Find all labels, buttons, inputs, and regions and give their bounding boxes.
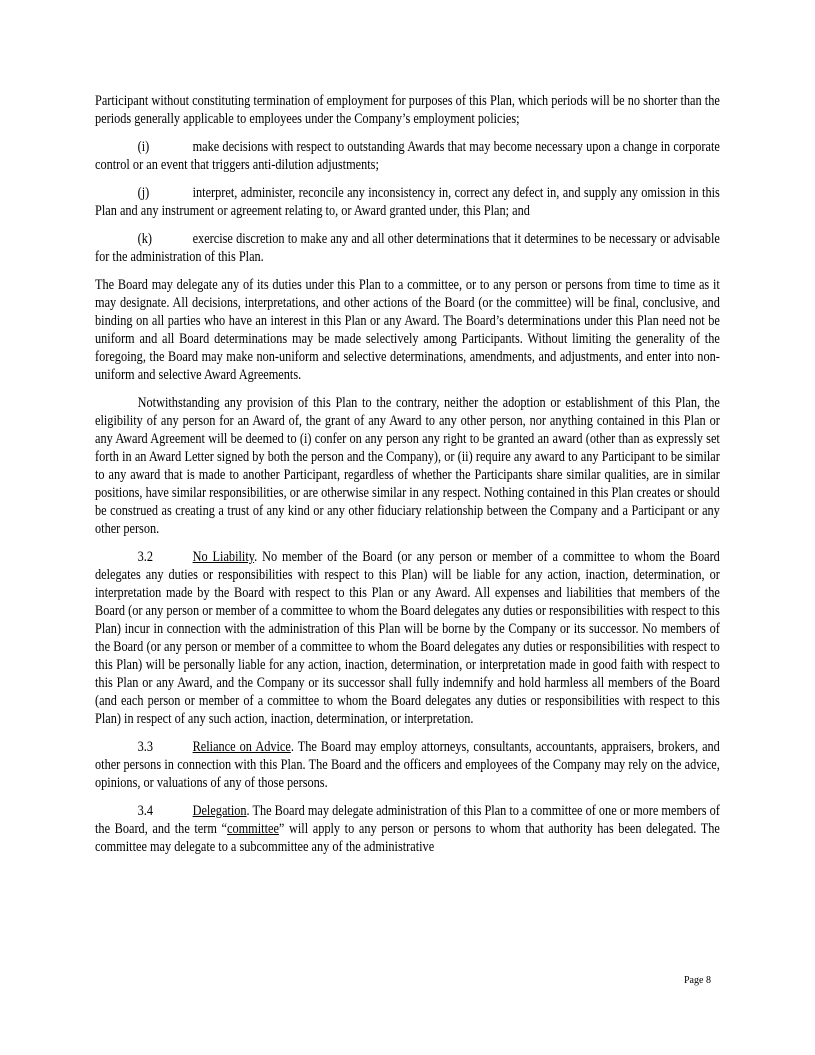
board-delegation-text: The Board may delegate any of its duties… <box>95 277 720 383</box>
section-3-3: 3.3Reliance on Advice. The Board may emp… <box>95 738 720 792</box>
item-j-label: (j) <box>138 184 193 202</box>
section-3-2-heading: No Liability <box>193 549 255 565</box>
item-k-label: (k) <box>138 230 193 248</box>
section-3-4: 3.4Delegation. The Board may delegate ad… <box>95 802 720 856</box>
item-k: (k)exercise discretion to make any and a… <box>95 230 720 266</box>
intro-paragraph: Participant without constituting termina… <box>95 92 720 128</box>
item-i-label: (i) <box>138 138 193 156</box>
item-j: (j)interpret, administer, reconcile any … <box>95 184 720 220</box>
board-delegation-paragraph: The Board may delegate any of its duties… <box>95 276 720 384</box>
page-number: Page 8 <box>684 975 711 986</box>
item-i: (i)make decisions with respect to outsta… <box>95 138 720 174</box>
notwithstanding-text: Notwithstanding any provision of this Pl… <box>95 395 720 537</box>
intro-text: Participant without constituting termina… <box>95 93 720 127</box>
document-page: Participant without constituting termina… <box>0 0 815 1055</box>
section-3-3-heading: Reliance on Advice <box>193 739 291 755</box>
section-3-4-number: 3.4 <box>138 802 193 820</box>
section-3-2-number: 3.2 <box>138 548 193 566</box>
section-3-2-body: . No member of the Board (or any person … <box>95 549 720 727</box>
section-3-4-heading: Delegation <box>193 803 247 819</box>
section-3-2: 3.2No Liability. No member of the Board … <box>95 548 720 728</box>
section-3-4-term-committee: committee <box>227 821 279 837</box>
section-3-3-number: 3.3 <box>138 738 193 756</box>
notwithstanding-paragraph: Notwithstanding any provision of this Pl… <box>95 394 720 538</box>
document-body: Participant without constituting termina… <box>95 92 720 866</box>
